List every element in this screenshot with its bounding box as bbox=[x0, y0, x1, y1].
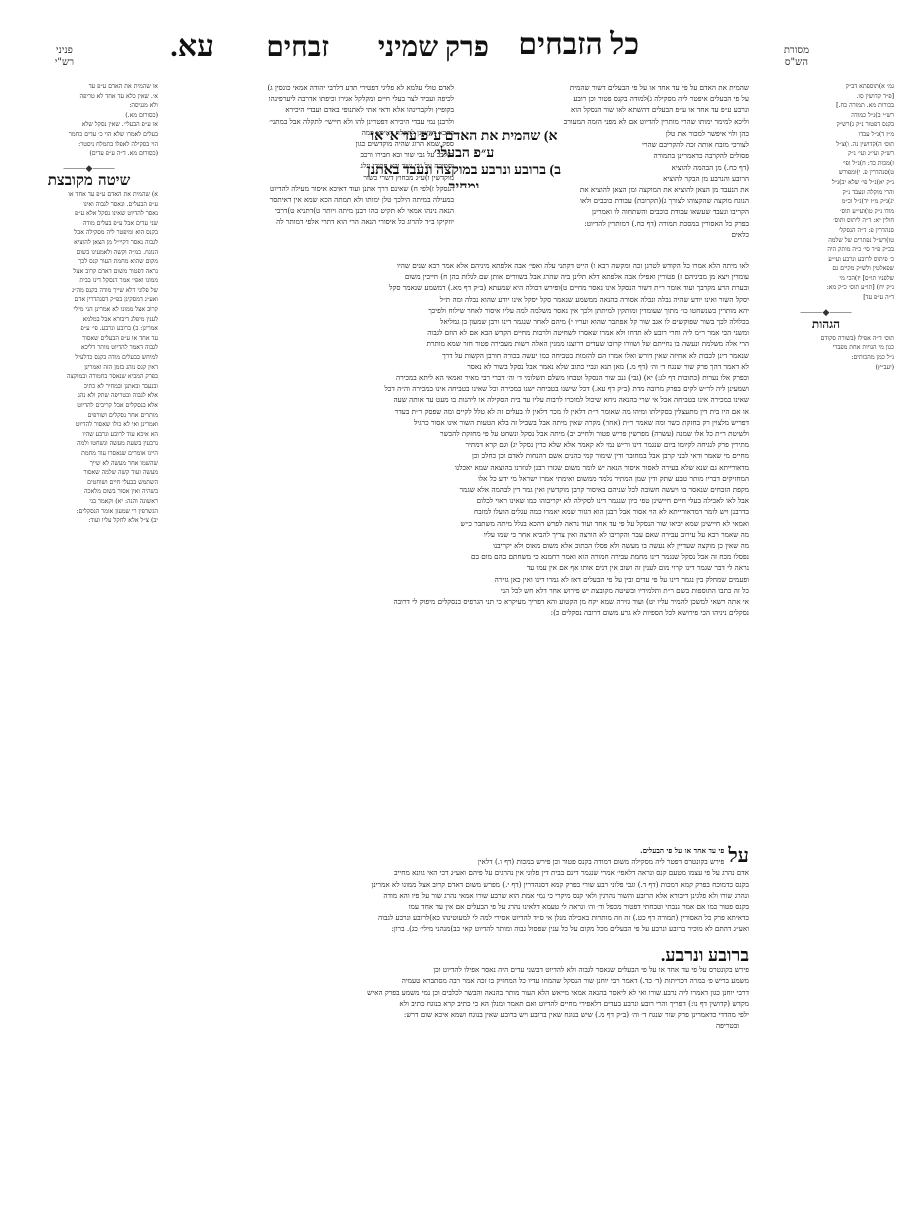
shita-line: אמרינן: ב) ברובע ונרבע. פי׳ ע״פ bbox=[20, 324, 158, 334]
tosafot-line: כל זה כתבו התוספות בשם ר״ת ותלמידיו ובשי… bbox=[159, 585, 749, 596]
shita-line: מותרים אחר נסקלים ושורפים bbox=[20, 411, 158, 421]
tosafot-line: בכלולה לכך בשור שפוקשים לו אגב שור קל אפ… bbox=[159, 316, 749, 327]
label-line: מסורת bbox=[784, 45, 809, 57]
shita-line: ראשונה והנה: יא) וקאמר בני bbox=[20, 497, 158, 507]
margin-line: בעלים לאמרו שלא הוי כ׳ עדים כחמר bbox=[20, 130, 158, 140]
margin-line: הוי בסקילה לאפלו בתמלח ניסטר: bbox=[20, 140, 158, 150]
tosafot-line: בדרבנן ויש לומר דמדאורייתא לא הוי אסור א… bbox=[159, 506, 749, 517]
shita-mekubetzet-title: שיטה מקובצת bbox=[20, 176, 158, 186]
chapter-number: פרק שמיני bbox=[378, 32, 489, 64]
margin-line: ולא מגניסה: bbox=[20, 101, 158, 111]
tosafot-line: דרבי יוחנן כגון דאמרו ליה נרבע שורו ואי … bbox=[159, 987, 749, 998]
shita-line: לגבוה נאסר דקיי״ל מן הצאן להוציא bbox=[20, 238, 158, 248]
shita-line: למיחש בבעלים מודה בקנס כדלעיל bbox=[20, 353, 158, 363]
rashi-line: במעילה במיתה הילכך טלן ימותו ולא תמתה הכ… bbox=[164, 194, 454, 205]
tosafot-line: אדם נהרג על פי עצמו מטעם קנס ונראה דלאפי… bbox=[159, 867, 749, 878]
tosafot-line: נסקלים ניניהו הכי פירושא לכל הספיות לא ג… bbox=[159, 607, 749, 618]
tosafot-line: ואע״ג דהתם לא מוכיר ברובע ונרבע על פי הב… bbox=[159, 923, 749, 934]
masoret-lines: גמ׳ א)תוספתא דב״ק[פ״ד קדושין סו.בכורות מ… bbox=[758, 82, 894, 303]
masoret-line: והרי מוקלה ונעבד נ״ק bbox=[758, 188, 894, 198]
margin-line: (כסורום מא. ד״ה ע״פ עדים) bbox=[20, 149, 158, 159]
gemara-line: הרובע והנרבע מן הבקר להוציא bbox=[579, 173, 749, 184]
gemara-intro-lines: שהמית את האדם על פי עד אחד או על פי הבעל… bbox=[459, 82, 749, 127]
masoret-line: חולין יא: ד״ה ליתוס ותוס׳ bbox=[758, 216, 894, 226]
folio-number: עא. bbox=[170, 30, 214, 64]
chapter-name: כל הזבחים bbox=[518, 28, 639, 62]
tosafot-line: פירש בקונטרס על פי עד אחד או על פי הבעלי… bbox=[159, 964, 749, 975]
rashi-lines: לאדם טולי עלמא לא פליגי דפטירי תדע דלרבי… bbox=[164, 82, 454, 228]
masoret-line: גמ׳ א)תוספתא דב״ק bbox=[758, 82, 894, 92]
gemara-line: הקריבו ונעבד שעשאו עבודת כוכבים והשתחוה … bbox=[579, 206, 749, 217]
masoret-line: ד״ה ע״פ עד] bbox=[758, 293, 894, 303]
gemara-line: שהמית את האדם על פי עד אחד או על פי הבעל… bbox=[459, 82, 749, 93]
tosafot-line: אי אתה רשאי למשכן להמיר עליו יט) ועוד גז… bbox=[159, 596, 749, 607]
masoret-line: יג)נ״ק מ״ז יד)נ״ל וכ״מ bbox=[758, 197, 894, 207]
dibbur-lead-word: על bbox=[728, 845, 749, 867]
tosafot-line: או אם היו בית דין מתעצלין בסקילתו ומיהו … bbox=[159, 406, 749, 417]
shita-line: הא איכא עוד לרובע ונרבע שהיו bbox=[20, 430, 158, 440]
margin-line: א׳. שאין כלא עד אחד לא טריפה bbox=[20, 92, 158, 102]
masoret-hashas-label: מסורת הש"ס bbox=[784, 45, 809, 69]
shita-line: היינו אומרים שנאסרו עוד מחמת bbox=[20, 449, 158, 459]
shita-line: נראה דפטור משום דאדם קרוב אצל bbox=[20, 267, 158, 277]
margin-line: או ע״פ הבעלי׳. שאין נסקל שלא bbox=[20, 120, 158, 130]
rashi-line: ה)לכב על גבי שור ובא חבירו ורכב bbox=[164, 149, 454, 160]
masoret-line: כ׳ פיתוס לרובע ונרבע ועי״ע bbox=[758, 255, 894, 265]
tosafot-line: כדאיתא פרק כל האסורין (תמורה דף כט.) זה … bbox=[159, 912, 749, 923]
body-lines: לאו מיתה הלא אמרו כל הקודש לטרגן זכה ומק… bbox=[159, 260, 749, 619]
tosafot-line: לא דאמר דהך פרק שור שנגח ד׳ וה׳ (דף מ.) … bbox=[159, 361, 749, 372]
gemara-line: כלאים bbox=[579, 229, 749, 240]
gemara-line: פסולים להקרבה כדאמרינן בתמורה bbox=[579, 150, 749, 161]
dibbur-hamatchil: פי עד אחד או על פי הבעלים. bbox=[640, 846, 724, 855]
shita-line: ואמרינן ואי לא כולו שאסור להדיוט bbox=[20, 420, 158, 430]
masoret-line: שלפניו תו״ס] יז)הכי מי bbox=[758, 274, 894, 284]
masoret-line: תוס׳ ה)קדושין נה. ו)צ״ל bbox=[758, 140, 894, 150]
gemara-line: את הנעבד מן הצאן להוציא את המוקצה ומן הצ… bbox=[579, 184, 749, 195]
shita-lines: א) שהמית את האדם ע״פ עד אחד אוע״פ הבעלים… bbox=[20, 190, 158, 526]
tosafot-line: מקדש (קדושין דף נו:) דפריך והרי רובע ונר… bbox=[159, 998, 749, 1009]
shita-line: עד אחד או ע״פ הבעלים שאסור bbox=[20, 334, 158, 344]
tosafot-line: ולשיטת ר״ת כל אלו שמנה (עשרה) מפרשין פרי… bbox=[159, 428, 749, 439]
hagahot-line: תוס׳ ד״ה אפילו (בשורה סקודם bbox=[758, 334, 894, 344]
tosafot-line: יהא מותרין כשנשחטו כו׳ מתוך שעומדין ומות… bbox=[159, 305, 749, 316]
hagahot-lines: תוס׳ ד״ה אפילו (בשורה סקודםכגון מי הגויו… bbox=[758, 334, 894, 372]
shita-line: נרבעין בשעת מעשה ונשחטו ולמה bbox=[20, 439, 158, 449]
masoret-line: רש״י ב)נ״ל כמודה bbox=[758, 111, 894, 121]
label-line: רש"י bbox=[55, 57, 74, 69]
penine-rashi-label: פניני רש"י bbox=[55, 45, 74, 69]
masoret-line: בכורות מא. תמורה כח.] bbox=[758, 101, 894, 111]
gemara-right-lines: כהן ולוי איפשר למכור את טלןלצורכי מזבח א… bbox=[579, 128, 749, 240]
shita-line: אלא בנסקלים אבל קריבים להדיוט bbox=[20, 401, 158, 411]
tractate-name: זבחים bbox=[266, 32, 329, 64]
trailing-catchword: ובטריפה bbox=[159, 1020, 749, 1031]
gemara-right-block: כהן ולוי איפשר למכור את טלןלצורכי מזבח א… bbox=[579, 128, 749, 258]
shita-line: לגבוה דאמר להדיוט מותר דליכא bbox=[20, 343, 158, 353]
masoret-line: טז)רש״ל נפתרים של שלמה bbox=[758, 236, 894, 246]
masoret-line: נ״ק יח) [תו״ע תוס׳ כ״ק מא: bbox=[758, 283, 894, 293]
hagahot-title: הגהות bbox=[758, 320, 894, 330]
tosafot-line: ומשני הכי אמר ר״מ ליה וחרי רובע לא תדחו … bbox=[159, 327, 749, 338]
rashi-line: ספק שמא הרוג שהיה מוקדשים כגון bbox=[164, 138, 454, 149]
rashi-line: וסמיכה על גבי שור ובא חבירו ונלג bbox=[164, 160, 454, 171]
shita-line: אלא לגבוה ובטריפה שתק ולא נהג bbox=[20, 391, 158, 401]
tosafot-line: נראה לי דבר שגמר דינו קרוי מום לענין זה … bbox=[159, 562, 749, 573]
rashi-line: לכיפה ועביד לצר בעלי חיים ומקלקל אגירו ו… bbox=[164, 93, 454, 104]
shita-line: ממונו ואפי׳ אמר דנסקל דינו בבית bbox=[20, 276, 158, 286]
tosafot-line: המחזיקים דבריו מותר טבע שתק ודין שמן המת… bbox=[159, 473, 749, 484]
dibbur-hamatchil-2: ברובע ונרבע. bbox=[661, 950, 749, 965]
shita-line: ואע״ג דמסקינן בפ״ק דסנהדרין אדם bbox=[20, 295, 158, 305]
rashi-commentary: לאדם טולי עלמא לא פליגי דפטירי תדע דלרבי… bbox=[164, 82, 454, 257]
shita-line: השתמש בבעלי חיים ושוחטים bbox=[20, 478, 158, 488]
tosafot-line: מה שאמר רבא על עירוב עבירה שאם עבר והקרי… bbox=[159, 529, 749, 540]
rashi-line: יוזקיקו ב״ד להרוג כל איסורי הנאה הרי הוא… bbox=[164, 216, 454, 227]
shita-line: ובנעבד ובאתנן ובמחיר לא כתיב bbox=[20, 382, 158, 392]
tosafot-section-1: על פי עד אחד או על פי הבעלים. פירש בקונט… bbox=[159, 845, 749, 950]
tosafot-line: ופעמים שמחלק בין נגמר דינו על פי עדים וב… bbox=[159, 574, 749, 585]
label-line: הש"ס bbox=[784, 57, 809, 69]
tosafot-line: מה שאין כן מוקצה שעדיין לא נעשה בו מעשה … bbox=[159, 540, 749, 551]
tosafot-line: הרי אלה משלמת ונעשה בו נחייתם של ושוורו … bbox=[159, 338, 749, 349]
tosafot-line: נפסלו מכח זה אבל נסקל שנגמר דינו מחמת עב… bbox=[159, 551, 749, 562]
masoret-line: [פ״ד קדושין סו. bbox=[758, 92, 894, 102]
tosafot-line: ילפי מהדדי כדאמרינן פרק שור שנגח ד׳ וה׳ … bbox=[159, 1009, 749, 1020]
shita-line: הנוגח. כמ״ה וקשה ולאמעינו בשום bbox=[20, 248, 158, 258]
margin-line: (כסורום מא.) bbox=[20, 111, 158, 121]
masoret-line: ט)סנהדרין פ. י)ומפורש bbox=[758, 168, 894, 178]
tosafot-line: בקנס כדמוכח בפרק קמא דמכות (דף ד.) וגבי … bbox=[159, 879, 749, 890]
tosafot-line: אבל לאו לאכילה בעלי חיים חיישינן טפי כיו… bbox=[159, 495, 749, 506]
hagahot-line: כגון מי הגויות אחת מפברי bbox=[758, 343, 894, 353]
shita-line: מעשה ועוד קשה שלמה שאסור bbox=[20, 468, 158, 478]
tosafot-line: שאינו במכירה אינו בטביחה אבל אי שרי בהנא… bbox=[159, 394, 749, 405]
rashi-line: ולרבנן נמי עבדי היכירא דפטרינן להו ולא ח… bbox=[164, 116, 454, 127]
shita-line: הגשרפין רי שמעון אומר הנסקלים: bbox=[20, 507, 158, 517]
gemara-line: לצורכי מזבח אותה זכה להקריבם שהרי bbox=[579, 139, 749, 150]
left-top-lines: או שהמית את האדם ע״פ עדא׳. שאין כלא עד א… bbox=[20, 82, 158, 159]
tosafot-line: לאו מיתה הלא אמרו כל הקודש לטרגן זכה ומק… bbox=[159, 260, 749, 271]
tosafot-line: מקפת הזבחים שנאסר בו ויעשה חשובה לכל שני… bbox=[159, 484, 749, 495]
tosafot-line: שנאמר דינן לכבות לא אחיזה שאין דורש ואלו… bbox=[159, 350, 749, 361]
rashi-line: מוקדשין ו)ע״ג מבחוץ דשרי כשור bbox=[164, 172, 454, 183]
tosafot-line: ובערת הרע מקרבך ועוד אומר ר״ת דשור הנסקל… bbox=[159, 282, 749, 293]
masoret-line: ז)מכות כד: ח)נ״ל ופי׳ bbox=[758, 159, 894, 169]
tosafot-line: דפריש מלצוין רק בחזקת כשר ומה שאמר ר״ת (… bbox=[159, 417, 749, 428]
tosafot-line: יסקל השור ואינו יודע שהיה נבלה ונבלה אסו… bbox=[159, 294, 749, 305]
masoret-hashas-column: גמ׳ א)תוספתא דב״ק[פ״ד קדושין סו.בכורות מ… bbox=[758, 82, 894, 602]
shita-line: א) שהמית את האדם ע״פ עד אחד או bbox=[20, 190, 158, 200]
tosafot-line: ואמאי לא חיישינן שמא יביאו שור הנסקל על … bbox=[159, 518, 749, 529]
shita-line: ע״פ הבעלים. ונאסר לגבוה ואינו bbox=[20, 200, 158, 210]
shita-line: שהשמו אחר מעשה לא שייך bbox=[20, 459, 158, 469]
masoret-line: רש״ק ועי״ג ועי׳ נ״ק bbox=[758, 149, 894, 159]
shita-line: של פלוני דלא שייך מודה בקנס מה״ג bbox=[20, 286, 158, 296]
tosafot-body: לאו מיתה הלא אמרו כל הקודש לטרגן זכה ומק… bbox=[159, 260, 749, 830]
masoret-line: מודו נ״ק טו)ועי״ע תוס׳ bbox=[758, 207, 894, 217]
masoret-line: שפאלטין ולש״ק מקיים גם bbox=[758, 264, 894, 274]
left-margin-column: או שהמית את האדם ע״פ עדא׳. שאין כלא עד א… bbox=[20, 82, 158, 642]
masoret-line: מ״ז ד)נ״ל עבדו bbox=[758, 130, 894, 140]
gemara-intro: שהמית את האדם על פי עד אחד או על פי הבעל… bbox=[459, 82, 749, 127]
shita-line: קרוב אצל ממונו לא אמרינן הני מילי bbox=[20, 305, 158, 315]
rashi-line: הנסקל ז)לפי ח) שאינם דרך אתנן ועוד דאיכא… bbox=[164, 183, 454, 194]
tosafot-line: ושמעינן ליה לר״ש לקים בפרק מרובה מדת (ב״… bbox=[159, 383, 749, 394]
shita-line: לענין מיפלג דיבורא אבל במלמא bbox=[20, 315, 158, 325]
tosafot-line: מתירין פרק לנגיחה לקיומו ביום שנגמר דינו… bbox=[159, 439, 749, 450]
margin-line: או שהמית את האדם ע״פ עד bbox=[20, 82, 158, 92]
gemara-line: ונרבע ע״פ עד אחד או ע״פ הבעלים דהשתא לאו… bbox=[459, 104, 749, 115]
masoret-line: נ״ק יא)נ״ל פי׳ שלא יב)נ״ל bbox=[758, 178, 894, 188]
tosafot-line: וכפרק אלו נערות (כתובות דף לג:) יא) (גבי… bbox=[159, 372, 749, 383]
hagahot-line: (יעב״ץ) bbox=[758, 363, 894, 373]
tosafot-line: משמע בריש פ׳ במרה דכריתות (ד׳ כד.) דאמר … bbox=[159, 975, 749, 986]
label-line: פניני bbox=[55, 45, 74, 57]
gemara-line: הנוגח מוקצה שהקצוהו לצורך ג)(תקרובת) עבו… bbox=[579, 195, 749, 206]
masoret-line: סנהדרין פ: ד״ה הנסקל׳ bbox=[758, 226, 894, 236]
gemara-line: (דף כח.) מן הבהמה להוציא bbox=[579, 162, 749, 173]
tosafot-1-lines: פירש בקונטרס דפטר ליה מסקילה משום דמודה … bbox=[159, 856, 749, 934]
tosafot-line: בקנס פטור כמו אם אמר גנבתי וטבחתי דפטור … bbox=[159, 901, 749, 912]
shita-line: בקנס הוא ומיפטר ליה מסקילה אבל bbox=[20, 228, 158, 238]
shita-line: מקום שהוא מחמת העור קנס לכך bbox=[20, 257, 158, 267]
gemara-line: וליכא למימר ימותו שהרי מותרין להדיוט אם … bbox=[459, 116, 749, 127]
shita-line: נאסר להדיוט שאינו נסקל אלא ע״פ bbox=[20, 209, 158, 219]
shita-line: בפרק המביא שנאסר בחמורה ובמוקצה bbox=[20, 372, 158, 382]
masoret-line: בקנס דפטור נ״ק ג)רש״ק bbox=[758, 120, 894, 130]
tosafot-line: מחיים מי שאמר ודאי לבני קרבן אבל במחובר … bbox=[159, 450, 749, 461]
tosafot-line: פירש בקונטרס דפטר ליה מסקילה משום דמודה … bbox=[159, 856, 724, 867]
gemara-line: כהן ולוי איפשר למכור את טלן bbox=[579, 128, 749, 139]
rashi-line: דהכא חיישינן לתקלה דאיכא כמה bbox=[164, 127, 454, 138]
gemara-line: בפרק כל האסורין במסכת תמורה (דף כח.) דמו… bbox=[579, 218, 749, 229]
tosafot-line: עומדין ויצא מן מביניהם ז) פטורין ואפילו … bbox=[159, 271, 749, 282]
masoret-line: בכ״ק פ״ד סי׳ כ״ה מותק היה bbox=[758, 245, 894, 255]
shita-line: שני עדים אבל ע״פ בעלים מודה bbox=[20, 219, 158, 229]
tosafot-line: ונהרג שורו ולא פלגינן דיבורא אלא הרובע ו… bbox=[159, 890, 749, 901]
rashi-line: הנאה נינהו אמאי לא תקיט בהו רבנן מיתה וי… bbox=[164, 205, 454, 216]
hagahot-line: נ״ל כמן מהכותים: bbox=[758, 353, 894, 363]
tosafot-line: מדאורייתא גם שנא שלא בעירה לאסור איסור ה… bbox=[159, 462, 749, 473]
rashi-line: בקופיץ ולקברינהו אלא ודאי אתי לאתנופי בא… bbox=[164, 104, 454, 115]
shita-line: דאין קנס נוהג בזמן הזה ואמרינן bbox=[20, 363, 158, 373]
tosafot-2-lines: פירש בקונטרס על פי עד אחד או על פי הבעלי… bbox=[159, 964, 749, 1020]
gemara-line: על פי הבעלים איפטר ליה מסקילה ג)למודה בק… bbox=[459, 93, 749, 104]
shita-line: בשהיה ואין אסור בשום מלאכה bbox=[20, 487, 158, 497]
tosafot-section-2: ברובע ונרבע. פירש בקונטרס על פי עד אחד א… bbox=[159, 950, 749, 1070]
shita-line: יב) צ״ל אלא לחקל עליו ועוד: bbox=[20, 516, 158, 526]
rashi-line: לאדם טולי עלמא לא פליגי דפטירי תדע דלרבי… bbox=[164, 82, 454, 93]
